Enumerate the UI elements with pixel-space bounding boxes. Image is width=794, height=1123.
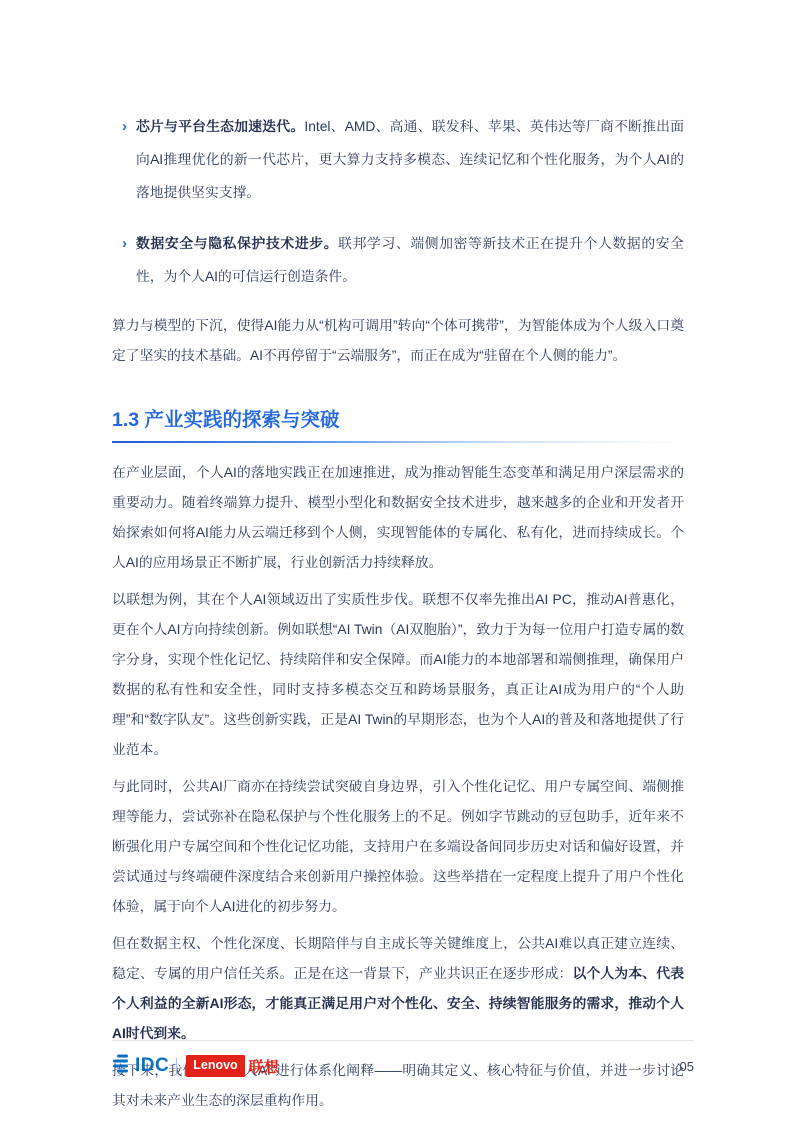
- bullet-lead-security: 数据安全与隐私保护技术进步。: [136, 236, 338, 251]
- paragraph-lenovo-example: 以联想为例，其在个人AI领域迈出了实质性步伐。联想不仅率先推出AI PC，推动A…: [112, 585, 684, 765]
- bullet-lead-chips: 芯片与平台生态加速迭代。: [136, 119, 304, 134]
- idc-globe-icon: [112, 1053, 133, 1079]
- chevron-bullet-icon: ›: [122, 110, 136, 209]
- bullet-list: › 芯片与平台生态加速迭代。Intel、AMD、高通、联发科、苹果、英伟达等厂商…: [112, 110, 684, 293]
- paragraph-consensus: 但在数据主权、个性化深度、长期陪伴与自主成长等关键维度上，公共AI难以真正建立连…: [112, 929, 684, 1049]
- page-content: › 芯片与平台生态加速迭代。Intel、AMD、高通、联发科、苹果、英伟达等厂商…: [112, 110, 684, 1123]
- footer-brand: IDC Lenovo 联想: [112, 1053, 279, 1079]
- bullet-text-chips: 芯片与平台生态加速迭代。Intel、AMD、高通、联发科、苹果、英伟达等厂商不断…: [136, 110, 684, 209]
- document-page: › 芯片与平台生态加速迭代。Intel、AMD、高通、联发科、苹果、英伟达等厂商…: [0, 0, 794, 1123]
- lenovo-logo-text: Lenovo: [186, 1055, 244, 1077]
- idc-logo-text: IDC: [135, 1055, 169, 1077]
- bullet-item-chips: › 芯片与平台生态加速迭代。Intel、AMD、高通、联发科、苹果、英伟达等厂商…: [112, 110, 684, 209]
- paragraph-public-ai: 与此同时，公共AI厂商亦在持续尝试突破自身边界，引入个性化记忆、用户专属空间、端…: [112, 772, 684, 922]
- heading-underline: [112, 441, 684, 443]
- section-1-3: 1.3 产业实践的探索与突破 在产业层面，个人AI的落地实践正在加速推进，成为推…: [112, 407, 684, 1116]
- bullet-text-security: 数据安全与隐私保护技术进步。联邦学习、端侧加密等新技术正在提升个人数据的安全性，…: [136, 227, 684, 293]
- chevron-bullet-icon: ›: [122, 227, 136, 293]
- paragraph-industry-practice: 在产业层面，个人AI的落地实践正在加速推进，成为推动智能生态变革和满足用户深层需…: [112, 458, 684, 578]
- paragraph-compute-sinking: 算力与模型的下沉，使得AI能力从“机构可调用”转向“个体可携带”，为智能体成为个…: [112, 311, 684, 371]
- brand-divider: [176, 1058, 177, 1074]
- page-footer: IDC Lenovo 联想 05: [112, 1040, 694, 1079]
- section-heading: 1.3 产业实践的探索与突破: [112, 407, 684, 434]
- lenovo-chinese-text: 联想: [249, 1056, 279, 1077]
- page-number: 05: [680, 1059, 694, 1074]
- bullet-item-security: › 数据安全与隐私保护技术进步。联邦学习、端侧加密等新技术正在提升个人数据的安全…: [112, 227, 684, 293]
